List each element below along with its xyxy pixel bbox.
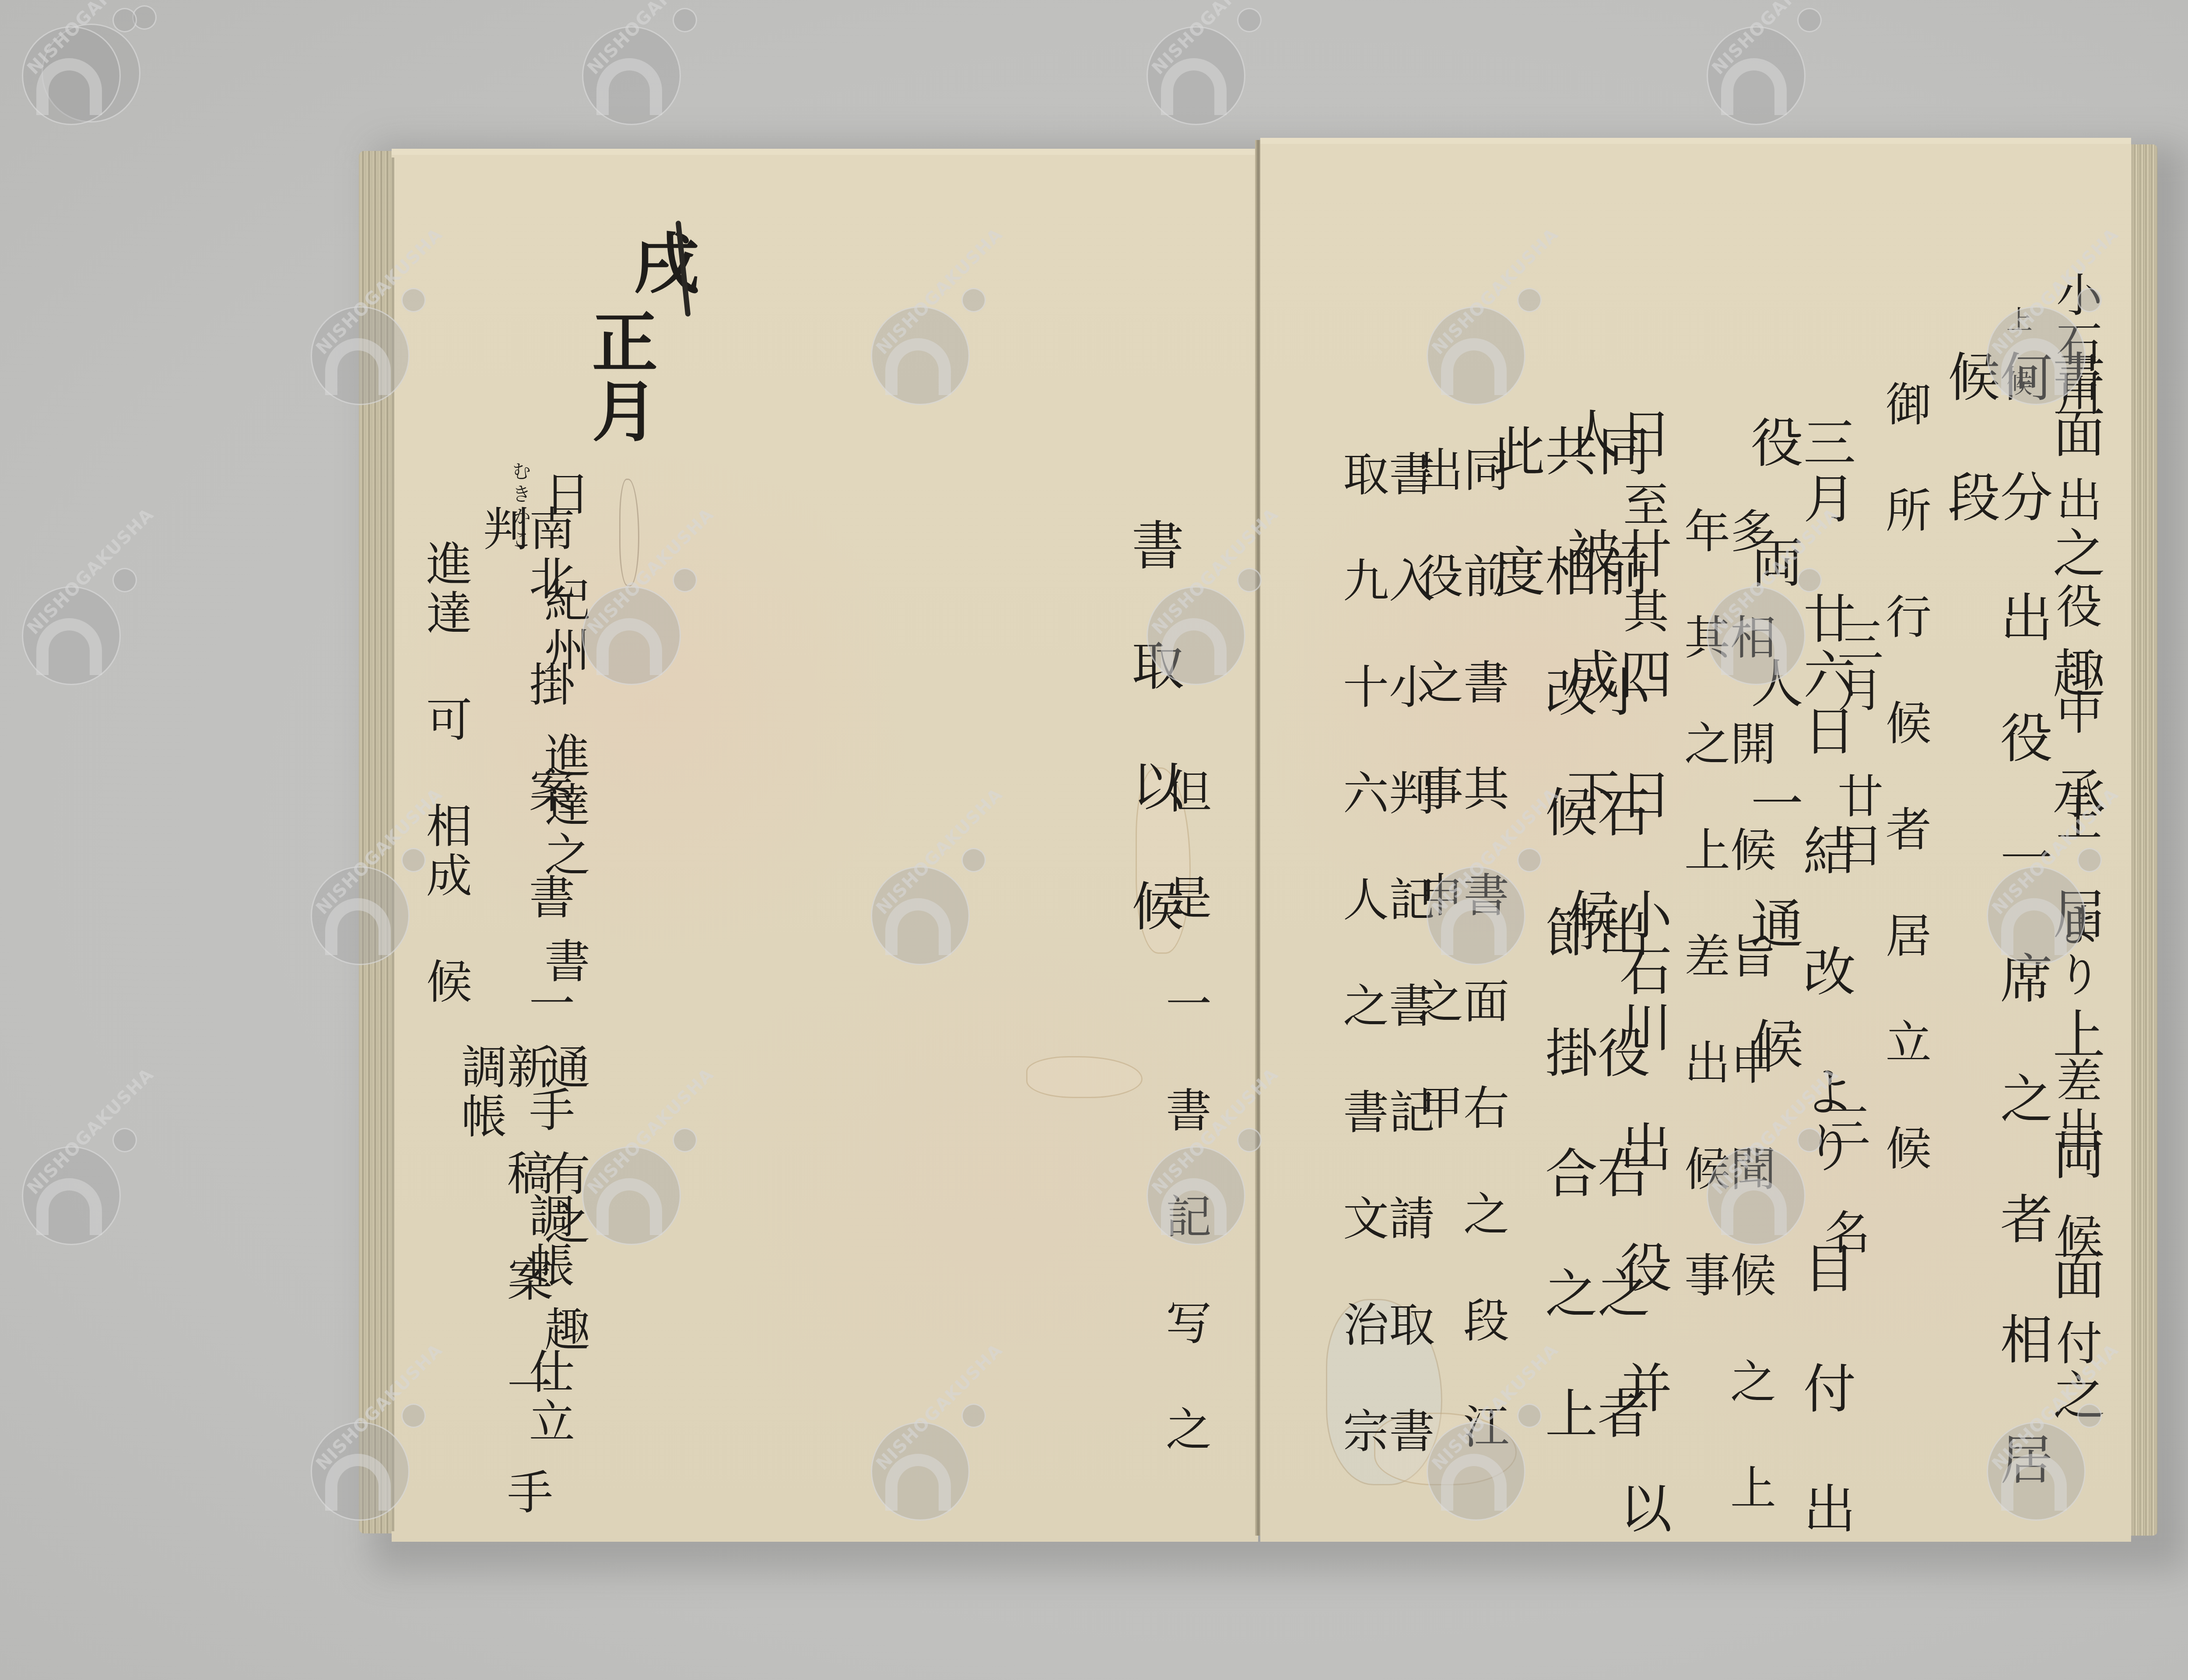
nishogakusha-logo-icon: NISHOGAKUSHA xyxy=(311,1422,410,1521)
ink-smudge xyxy=(619,479,639,586)
nishogakusha-logo-icon: NISHOGAKUSHA xyxy=(1427,306,1525,405)
nishogakusha-logo-icon: NISHOGAKUSHA xyxy=(311,306,410,405)
nishogakusha-logo-icon: NISHOGAKUSHA xyxy=(1427,1422,1525,1521)
nishogakusha-logo-icon: NISHOGAKUSHA xyxy=(22,1146,121,1245)
nishogakusha-logo-icon: NISHOGAKUSHA xyxy=(22,26,121,125)
nishogakusha-logo-icon: NISHOGAKUSHA xyxy=(22,586,121,685)
nishogakusha-logo-icon: NISHOGAKUSHA xyxy=(582,26,681,125)
nishogakusha-logo-icon: NISHOGAKUSHA xyxy=(582,586,681,685)
text-column: 書 入 小 判 記 書 記 請 取 書 取 九 十 六 人 之 書 文 治 宗 xyxy=(1339,450,1431,1542)
nishogakusha-logo-icon: NISHOGAKUSHA xyxy=(1707,1146,1806,1245)
nishogakusha-logo-icon: NISHOGAKUSHA xyxy=(871,1422,970,1521)
nishogakusha-logo-icon: NISHOGAKUSHA xyxy=(582,1146,681,1245)
nishogakusha-logo-icon: NISHOGAKUSHA xyxy=(871,306,970,405)
nishogakusha-logo-icon: NISHOGAKUSHA xyxy=(1147,586,1245,685)
water-stain xyxy=(1026,1056,1143,1098)
text-column: 御 所 行 候 者 居 立 候 xyxy=(1882,380,1928,1174)
nishogakusha-logo-icon: NISHOGAKUSHA xyxy=(871,866,970,965)
text-column: 同 前 小 石 出 役 右 之 者 共 相 改 候 節 掛 合 之 上 此 度 xyxy=(1488,424,1645,1542)
nishogakusha-logo-icon: NISHOGAKUSHA xyxy=(311,866,410,965)
nishogakusha-logo-icon: NISHOGAKUSHA xyxy=(1987,866,2086,965)
right-page-stack-edge xyxy=(2127,144,2157,1536)
nishogakusha-logo-icon: NISHOGAKUSHA xyxy=(1707,586,1806,685)
nishogakusha-logo-icon: NISHOGAKUSHA xyxy=(1147,26,1245,125)
nishogakusha-logo-icon: NISHOGAKUSHA xyxy=(1987,1422,2086,1521)
nishogakusha-logo-icon: NISHOGAKUSHA xyxy=(1987,306,2086,405)
text-column: 進達 可 相成 候 xyxy=(422,540,468,1007)
left-page: 戌 正月 日 紀州 進達之 書 通 有之 趣 むきかこ 南北 掛 案 書 一 手… xyxy=(392,149,1258,1542)
nishogakusha-logo-icon: NISHOGAKUSHA xyxy=(1707,26,1806,125)
nishogakusha-logo-icon: NISHOGAKUSHA xyxy=(1147,1146,1245,1245)
text-column: 但 是 一 書 記 写 之 xyxy=(1162,767,1208,1455)
text-column: 正月 xyxy=(586,308,652,446)
text-column: 新 稿 案 一 手 調帳 xyxy=(457,1043,549,1542)
nishogakusha-logo-icon: NISHOGAKUSHA xyxy=(1427,866,1525,965)
